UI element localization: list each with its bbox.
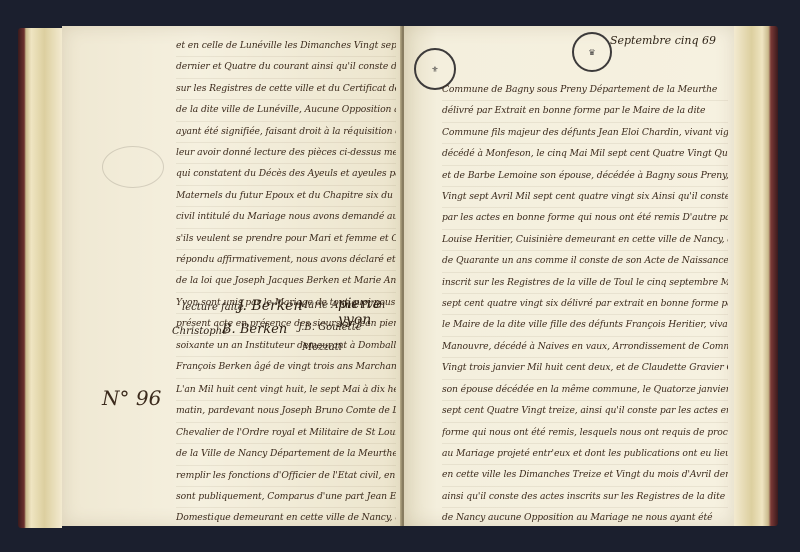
entry-number: N° 96 <box>102 386 161 410</box>
faded-stamp-mark <box>102 146 164 188</box>
text-line: Commune de Bagny sous Preny Département … <box>442 80 728 101</box>
right-page: ⚜ ♛ Septembre cinq 69 Commune de Bagny s… <box>404 26 734 526</box>
text-line: Commune fils majeur des défunts Jean Elo… <box>442 123 728 144</box>
text-line: dernier et Quatre du courant ainsi qu'il… <box>176 57 396 78</box>
text-line: forme qui nous ont été remis, lesquels n… <box>442 423 728 444</box>
register-book: et en celle de Lunéville les Dimanches V… <box>18 22 778 534</box>
text-line: François Berken âgé de vingt trois ans M… <box>176 357 396 378</box>
text-line: de Nancy aucune Opposition au Mariage ne… <box>442 508 728 526</box>
right-page-text: Commune de Bagny sous Preny Département … <box>442 80 728 526</box>
text-line: remplir les fonctions d'Officier de l'Et… <box>176 466 396 487</box>
text-line: Domestique demeurant en cette ville de N… <box>176 508 396 526</box>
text-line: Vingt sept Avril Mil sept cent quatre vi… <box>442 187 728 208</box>
text-line: sur les Registres de cette ville et du C… <box>176 79 396 100</box>
text-line: Louise Heritier, Cuisinière demeurant en… <box>442 230 728 251</box>
text-line: Manouvre, décédé à Naives en vaux, Arron… <box>442 337 728 358</box>
text-line: et en celle de Lunéville les Dimanches V… <box>176 36 396 57</box>
text-line: Chevalier de l'Ordre royal et Militaire … <box>176 423 396 444</box>
text-line: décédé à Monfeson, le cinq Mai Mil sept … <box>442 144 728 165</box>
text-line: ainsi qu'il conste des actes inscrits su… <box>442 487 728 508</box>
text-line: délivré par Extrait en bonne forme par l… <box>442 101 728 122</box>
closing-line: lecture faite <box>182 302 244 313</box>
text-line: au Mariage projeté entr'eux et dont les … <box>442 444 728 465</box>
left-page: et en celle de Lunéville les Dimanches V… <box>62 26 402 526</box>
text-line: en cette ville les Dimanches Treize et V… <box>442 465 728 486</box>
text-line: Maternels du futur Epoux et du Chapitre … <box>176 186 396 207</box>
text-line: civil intitulé du Mariage nous avons dem… <box>176 207 396 228</box>
text-line: de Quarante un ans comme il conste de so… <box>442 251 728 272</box>
signature: B. Berken <box>222 322 287 337</box>
text-line: soixante un an Instituteur demeurant à D… <box>176 336 396 357</box>
text-line: répondu affirmativement, nous avons décl… <box>176 250 396 271</box>
signature: Christophe <box>172 326 228 337</box>
text-line: de la Ville de Nancy Département de la M… <box>176 444 396 465</box>
text-line: son épouse décédée en la même commune, l… <box>442 380 728 401</box>
book-edge-left <box>18 28 62 528</box>
text-line: matin, pardevant nous Joseph Bruno Comte… <box>176 401 396 422</box>
text-line: L'an Mil huit cent vingt huit, le sept M… <box>176 380 396 401</box>
text-line: Vingt trois janvier Mil huit cent deux, … <box>442 358 728 379</box>
entry-96-text: L'an Mil huit cent vingt huit, le sept M… <box>176 380 396 526</box>
text-line: sept cent quatre vingt six délivré par e… <box>442 294 728 315</box>
signature: J. Berken <box>238 298 302 314</box>
text-line: sont publiquement, Comparus d'une part J… <box>176 487 396 508</box>
text-line: leur avoir donné lecture des pièces ci-d… <box>176 143 396 164</box>
text-line: sept cent Quatre Vingt treize, ainsi qu'… <box>442 401 728 422</box>
folio-number: Septembre cinq 69 <box>610 34 716 47</box>
text-line: de la dite ville de Lunéville, Aucune Op… <box>176 100 396 121</box>
text-line: s'ils veulent se prendre pour Mari et fe… <box>176 229 396 250</box>
text-line: inscrit sur les Registres de la ville de… <box>442 273 728 294</box>
text-line: ayant été signifiée, faisant droit à la … <box>176 122 396 143</box>
text-line: le Maire de la dite ville fille des défu… <box>442 315 728 336</box>
archives-seal-icon: ♛ <box>572 32 612 72</box>
text-line: et de Barbe Lemoine son épouse, décédée … <box>442 166 728 187</box>
book-edge-right <box>734 26 778 526</box>
signature: J.B. Goulette <box>298 322 362 333</box>
text-line: qui constatent du Décès des Ayeuls et ay… <box>176 164 396 185</box>
signature: Mozzati <box>302 342 342 353</box>
text-line: par les actes en bonne forme qui nous on… <box>442 208 728 229</box>
text-line: de la loi que Joseph Jacques Berken et M… <box>176 271 396 292</box>
